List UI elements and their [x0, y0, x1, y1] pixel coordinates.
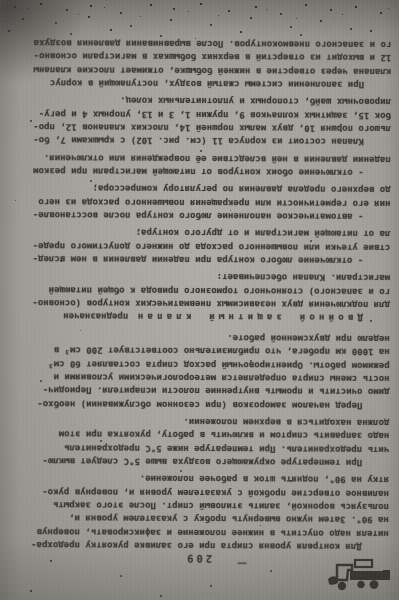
text-line: Клапан состоит из корпуса 11 (см. рис. 1… [22, 132, 391, 147]
body-text: Для контроля уровня спирта при его залив… [20, 35, 392, 552]
text-line: наливное отверстие пробкой с указателем … [20, 483, 389, 498]
text-line: клапана через отверстие в нижней бобышке… [22, 61, 391, 76]
text-line: При заполнении системы сжатый воздух, по… [22, 75, 391, 90]
paragraph: Для контроля уровня спирта при его залив… [20, 470, 389, 552]
photocopied-manual-page: 209 Для контроля уровня спирта при его з… [0, 0, 399, 600]
page-content-rotated-180: 209 Для контроля уровня спирта при его з… [0, 0, 399, 600]
page-number-dash-mark [238, 562, 247, 564]
text-line: димо очистить и промыть внутренние полос… [20, 382, 389, 397]
text-line: го и запасного пневмоконтуров. После выр… [22, 35, 391, 50]
text-line: чить предохранитель. При температуре ниж… [20, 439, 389, 454]
heading-spaced-text: Двойной защитный клапан [134, 311, 363, 322]
text-line: нителя надо опустить в нижнее положение … [20, 523, 389, 538]
text-line: надо заправить спиртом и включить в рабо… [20, 426, 389, 441]
text-line: падении давления в ней вследствие её пов… [22, 149, 391, 164]
text-line: 12 и выходит из отверстий в верхних бобы… [22, 48, 391, 63]
truck-stamp-icon [326, 554, 392, 594]
paragraph: Перед началом заморозков (при сезонном о… [20, 329, 389, 411]
text-line: го и запасного) стояночного тормозного п… [21, 282, 390, 297]
text-line: на 1000 км пробега, что приблизительно с… [21, 342, 390, 357]
paragraph: - отключение любого контура при падении … [21, 224, 390, 266]
paragraph: При температуре окружающего воздуха выше… [20, 413, 389, 468]
paragraph: Клапан состоит из корпуса 11 (см. рис. 1… [22, 92, 391, 147]
text-line: пользуясь воронкой, залить этиловый спир… [20, 497, 389, 512]
text-line: для подключения двух независимых пневмат… [21, 295, 390, 310]
text-line: - отключение обоих контуров от питающей … [22, 163, 391, 178]
heading-rest-text: предназначен [63, 311, 134, 321]
text-line: Для контроля уровня спирта при его залив… [20, 537, 389, 552]
paragraph: При заполнении системы сжатый воздух, по… [22, 35, 391, 90]
text-line: - отключение любого контура при падении … [21, 251, 390, 266]
text-line: ния его герметичности или прекращения по… [21, 193, 390, 208]
text-line: При температуре окружающего воздуха выше… [20, 453, 389, 468]
paragraph: - автоматическое наполнение любого конту… [21, 180, 390, 222]
text-line: льшого поршня 10, двух малых поршней 14,… [22, 119, 391, 134]
heading-line: Двойной защитный клапан предназначен [21, 308, 390, 323]
text-line: - автоматическое наполнение любого конту… [21, 207, 390, 222]
text-line: бок 15, защитных колпачков 9, пружин 1, … [22, 105, 391, 120]
text-line: ность смены спирта определяется метеорол… [21, 369, 390, 384]
text-line: ствие утечки или повышенного расхода до … [21, 238, 390, 253]
text-line: Перед началом заморозков (при сезонном о… [20, 395, 389, 410]
page-number: 209 [184, 552, 212, 564]
text-line: на 90°. Затем нужно вывернуть пробку с у… [20, 510, 389, 525]
paragraph-heading: Двойной защитный клапан предназначендля … [21, 268, 390, 323]
paragraph: - отключение обоих контуров от питающей … [22, 149, 391, 178]
text-line: режимом работы. Ориентировочный расход с… [21, 355, 390, 370]
